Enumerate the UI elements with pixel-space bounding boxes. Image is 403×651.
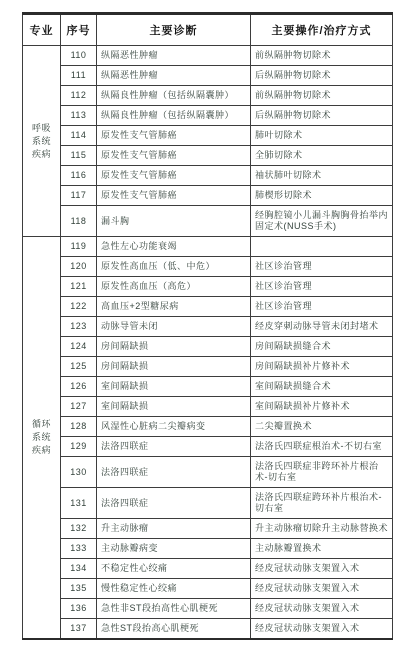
- row-index-cell: 110: [61, 46, 97, 66]
- table-row: 呼吸系统疾病110纵隔恶性肿瘤前纵隔肿物切除术: [23, 46, 393, 66]
- treatment-cell: 前纵隔肿物切除术: [251, 46, 393, 66]
- row-index-cell: 112: [61, 86, 97, 106]
- diagnosis-treatment-table: 专业 序号 主要诊断 主要操作/治疗方式 呼吸系统疾病110纵隔恶性肿瘤前纵隔肿…: [22, 12, 393, 640]
- diagnosis-cell: 漏斗胸: [97, 206, 251, 237]
- table-row: 127室间隔缺损室间隔缺损补片修补术: [23, 397, 393, 417]
- table-row: 136急性非ST段抬高性心肌梗死经皮冠状动脉支架置入术: [23, 599, 393, 619]
- header-index: 序号: [61, 14, 97, 46]
- treatment-cell: 升主动脉瘤切除升主动脉替换术: [251, 519, 393, 539]
- header-row: 专业 序号 主要诊断 主要操作/治疗方式: [23, 14, 393, 46]
- treatment-cell: 社区诊治管理: [251, 277, 393, 297]
- treatment-cell: 经皮穿刺动脉导管未闭封堵术: [251, 317, 393, 337]
- diagnosis-cell: 室间隔缺损: [97, 397, 251, 417]
- treatment-cell: 室间隔缺损补片修补术: [251, 397, 393, 417]
- treatment-cell: 后纵隔肿物切除术: [251, 106, 393, 126]
- row-index-cell: 124: [61, 337, 97, 357]
- treatment-cell: 经皮冠状动脉支架置入术: [251, 599, 393, 619]
- table-row: 循环系统疾病119急性左心功能衰竭: [23, 237, 393, 257]
- diagnosis-cell: 慢性稳定性心绞痛: [97, 579, 251, 599]
- diagnosis-cell: 动脉导管未闭: [97, 317, 251, 337]
- row-index-cell: 123: [61, 317, 97, 337]
- diagnosis-cell: 纵隔恶性肿瘤: [97, 46, 251, 66]
- diagnosis-cell: 原发性支气管肺癌: [97, 126, 251, 146]
- table-row: 126室间隔缺损室间隔缺损缝合术: [23, 377, 393, 397]
- diagnosis-cell: 原发性支气管肺癌: [97, 186, 251, 206]
- treatment-cell: 肺楔形切除术: [251, 186, 393, 206]
- treatment-cell: 主动脉瓣置换术: [251, 539, 393, 559]
- header-diagnosis: 主要诊断: [97, 14, 251, 46]
- row-index-cell: 135: [61, 579, 97, 599]
- row-index-cell: 134: [61, 559, 97, 579]
- treatment-cell: 前纵隔肿物切除术: [251, 86, 393, 106]
- treatment-cell: 全肺切除术: [251, 146, 393, 166]
- diagnosis-cell: 纵隔良性肿瘤（包括纵隔囊肿）: [97, 106, 251, 126]
- treatment-cell: 社区诊治管理: [251, 257, 393, 277]
- table-row: 114原发性支气管肺癌肺叶切除术: [23, 126, 393, 146]
- header-treatment: 主要操作/治疗方式: [251, 14, 393, 46]
- table-row: 121原发性高血压（高危）社区诊治管理: [23, 277, 393, 297]
- treatment-cell: 经皮冠状动脉支架置入术: [251, 579, 393, 599]
- table-row: 129法洛四联症法洛氏四联症根治术-不切右室: [23, 437, 393, 457]
- diagnosis-cell: 急性ST段抬高心肌梗死: [97, 619, 251, 640]
- specialty-cell: 循环系统疾病: [23, 237, 61, 640]
- row-index-cell: 129: [61, 437, 97, 457]
- diagnosis-cell: 急性左心功能衰竭: [97, 237, 251, 257]
- row-index-cell: 121: [61, 277, 97, 297]
- row-index-cell: 122: [61, 297, 97, 317]
- diagnosis-cell: 急性非ST段抬高性心肌梗死: [97, 599, 251, 619]
- table-row: 117原发性支气管肺癌肺楔形切除术: [23, 186, 393, 206]
- row-index-cell: 111: [61, 66, 97, 86]
- row-index-cell: 136: [61, 599, 97, 619]
- treatment-cell: 法洛氏四联症根治术-不切右室: [251, 437, 393, 457]
- diagnosis-cell: 原发性支气管肺癌: [97, 146, 251, 166]
- row-index-cell: 130: [61, 457, 97, 488]
- table-row: 128风湿性心脏病二尖瓣病变二尖瓣置换术: [23, 417, 393, 437]
- table-row: 120原发性高血压（低、中危）社区诊治管理: [23, 257, 393, 277]
- treatment-cell: 法洛氏四联症非跨环补片根治术-切右室: [251, 457, 393, 488]
- diagnosis-cell: 房间隔缺损: [97, 337, 251, 357]
- row-index-cell: 118: [61, 206, 97, 237]
- row-index-cell: 114: [61, 126, 97, 146]
- diagnosis-cell: 不稳定性心绞痛: [97, 559, 251, 579]
- table-row: 118漏斗胸经胸腔镜小儿漏斗胸胸骨抬举内固定术(NUSS手术): [23, 206, 393, 237]
- diagnosis-cell: 高血压+2型糖尿病: [97, 297, 251, 317]
- diagnosis-cell: 主动脉瓣病变: [97, 539, 251, 559]
- diagnosis-cell: 法洛四联症: [97, 457, 251, 488]
- treatment-cell: 肺叶切除术: [251, 126, 393, 146]
- treatment-cell: 房间隔缺损缝合术: [251, 337, 393, 357]
- row-index-cell: 133: [61, 539, 97, 559]
- diagnosis-cell: 纵隔恶性肿瘤: [97, 66, 251, 86]
- treatment-cell: 后纵隔肿物切除术: [251, 66, 393, 86]
- table-row: 111纵隔恶性肿瘤后纵隔肿物切除术: [23, 66, 393, 86]
- table-row: 115原发性支气管肺癌全肺切除术: [23, 146, 393, 166]
- diagnosis-cell: 风湿性心脏病二尖瓣病变: [97, 417, 251, 437]
- diagnosis-cell: 升主动脉瘤: [97, 519, 251, 539]
- row-index-cell: 113: [61, 106, 97, 126]
- row-index-cell: 116: [61, 166, 97, 186]
- table-row: 132升主动脉瘤升主动脉瘤切除升主动脉替换术: [23, 519, 393, 539]
- table-row: 113纵隔良性肿瘤（包括纵隔囊肿）后纵隔肿物切除术: [23, 106, 393, 126]
- diagnosis-cell: 纵隔良性肿瘤（包括纵隔囊肿）: [97, 86, 251, 106]
- table-row: 116原发性支气管肺癌袖状肺叶切除术: [23, 166, 393, 186]
- table-row: 122高血压+2型糖尿病社区诊治管理: [23, 297, 393, 317]
- treatment-cell: 二尖瓣置换术: [251, 417, 393, 437]
- table-row: 134不稳定性心绞痛经皮冠状动脉支架置入术: [23, 559, 393, 579]
- treatment-cell: 袖状肺叶切除术: [251, 166, 393, 186]
- diagnosis-cell: 房间隔缺损: [97, 357, 251, 377]
- row-index-cell: 132: [61, 519, 97, 539]
- treatment-cell: 室间隔缺损缝合术: [251, 377, 393, 397]
- row-index-cell: 128: [61, 417, 97, 437]
- row-index-cell: 137: [61, 619, 97, 640]
- treatment-cell: 经胸腔镜小儿漏斗胸胸骨抬举内固定术(NUSS手术): [251, 206, 393, 237]
- table-row: 137急性ST段抬高心肌梗死经皮冠状动脉支架置入术: [23, 619, 393, 640]
- treatment-cell: 经皮冠状动脉支架置入术: [251, 619, 393, 640]
- diagnosis-cell: 室间隔缺损: [97, 377, 251, 397]
- table-row: 112纵隔良性肿瘤（包括纵隔囊肿）前纵隔肿物切除术: [23, 86, 393, 106]
- diagnosis-cell: 法洛四联症: [97, 437, 251, 457]
- row-index-cell: 126: [61, 377, 97, 397]
- row-index-cell: 120: [61, 257, 97, 277]
- treatment-cell: [251, 237, 393, 257]
- row-index-cell: 125: [61, 357, 97, 377]
- treatment-cell: 社区诊治管理: [251, 297, 393, 317]
- row-index-cell: 127: [61, 397, 97, 417]
- diagnosis-cell: 原发性高血压（低、中危）: [97, 257, 251, 277]
- diagnosis-cell: 原发性高血压（高危）: [97, 277, 251, 297]
- diagnosis-cell: 原发性支气管肺癌: [97, 166, 251, 186]
- treatment-cell: 法洛氏四联症跨环补片根治术-切右室: [251, 488, 393, 519]
- table-row: 131法洛四联症法洛氏四联症跨环补片根治术-切右室: [23, 488, 393, 519]
- row-index-cell: 119: [61, 237, 97, 257]
- table-row: 123动脉导管未闭经皮穿刺动脉导管未闭封堵术: [23, 317, 393, 337]
- row-index-cell: 117: [61, 186, 97, 206]
- treatment-cell: 经皮冠状动脉支架置入术: [251, 559, 393, 579]
- row-index-cell: 131: [61, 488, 97, 519]
- table-row: 130法洛四联症法洛氏四联症非跨环补片根治术-切右室: [23, 457, 393, 488]
- specialty-cell: 呼吸系统疾病: [23, 46, 61, 237]
- document-page: 专业 序号 主要诊断 主要操作/治疗方式 呼吸系统疾病110纵隔恶性肿瘤前纵隔肿…: [0, 0, 403, 651]
- row-index-cell: 115: [61, 146, 97, 166]
- table-row: 125房间隔缺损房间隔缺损补片修补术: [23, 357, 393, 377]
- diagnosis-cell: 法洛四联症: [97, 488, 251, 519]
- treatment-cell: 房间隔缺损补片修补术: [251, 357, 393, 377]
- header-specialty: 专业: [23, 14, 61, 46]
- table-row: 135慢性稳定性心绞痛经皮冠状动脉支架置入术: [23, 579, 393, 599]
- table-row: 124房间隔缺损房间隔缺损缝合术: [23, 337, 393, 357]
- table-row: 133主动脉瓣病变主动脉瓣置换术: [23, 539, 393, 559]
